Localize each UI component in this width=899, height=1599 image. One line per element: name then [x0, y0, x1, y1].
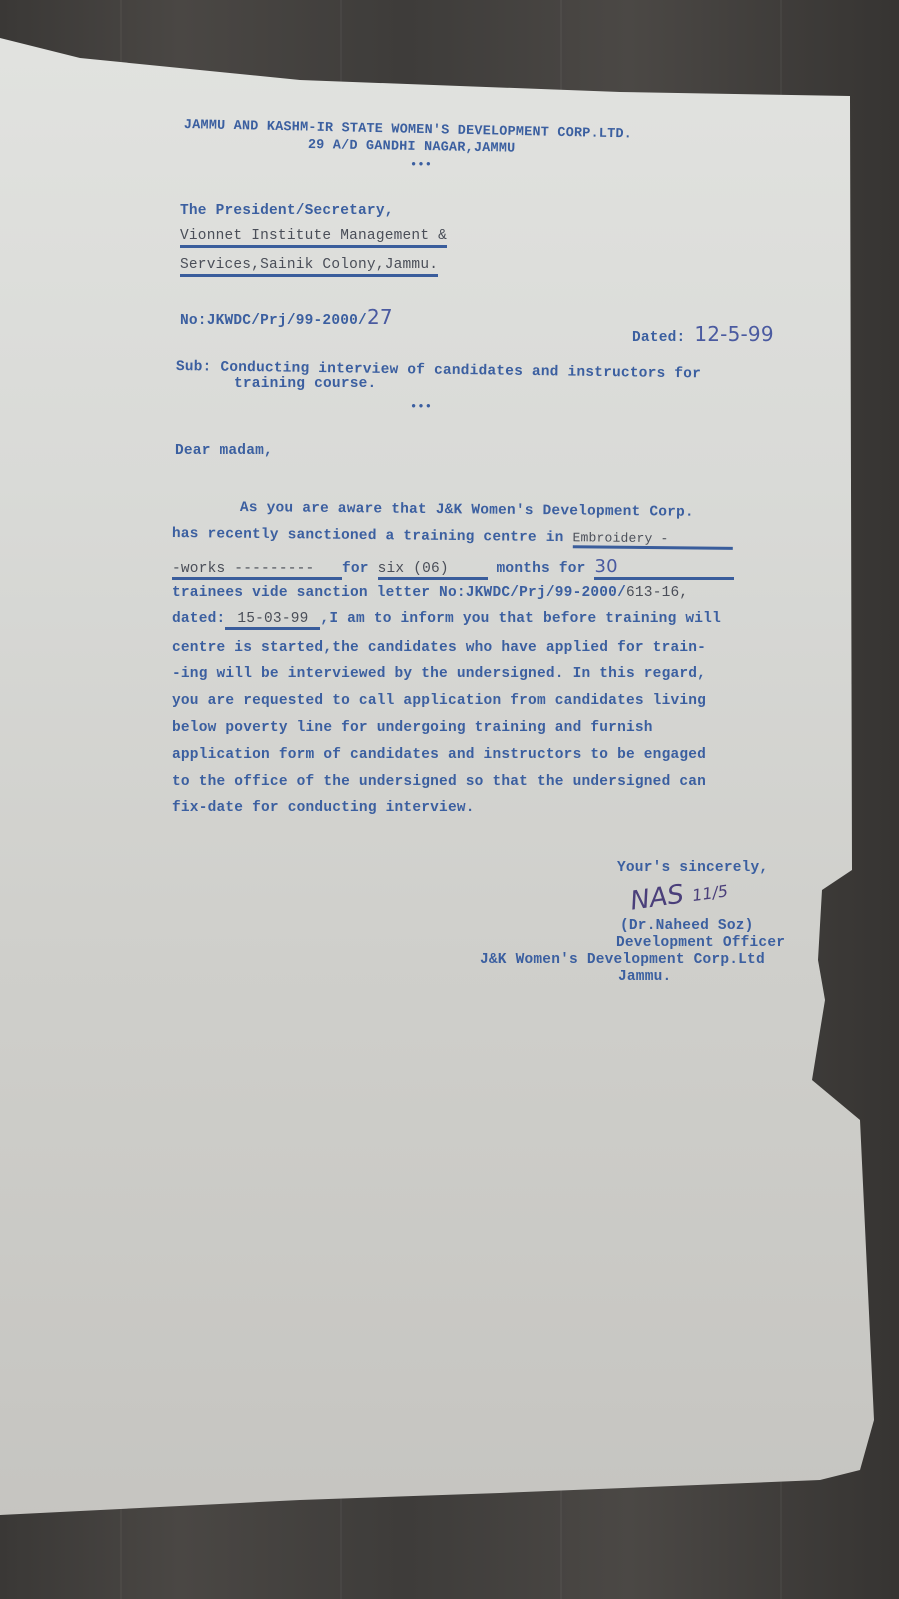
reference-number: No:JKWDC/Prj/99-2000/27	[180, 305, 393, 329]
subject-label: Sub:	[176, 359, 212, 375]
body-line-5: dated:15-03-99,I am to inform you that b…	[172, 611, 721, 630]
body-line-7: -ing will be interviewed by the undersig…	[172, 666, 706, 682]
dated-handwritten: 12-5-99	[694, 322, 773, 346]
body-line-3: -works ---------for six (06) months for …	[172, 556, 734, 580]
body-line-12: fix-date for conducting interview.	[172, 800, 475, 816]
body-text: for	[342, 561, 369, 577]
field-duration: six (06)	[378, 561, 488, 580]
dated: Dated: 12-5-99	[632, 322, 774, 346]
letterhead-separator: •••	[410, 158, 432, 172]
body-text: trainees vide sanction letter No:JKWDC/P…	[172, 585, 626, 601]
recipient-title: The President/Secretary,	[180, 203, 394, 219]
body-line-6: centre is started,the candidates who hav…	[172, 640, 706, 656]
body-text: has recently sanctioned a training centr…	[172, 526, 564, 546]
signature-date: 11/5	[691, 881, 729, 905]
dated-label: Dated:	[632, 330, 685, 346]
field-letter-number: 613-16,	[626, 585, 688, 601]
body-line-11: to the office of the undersigned so that…	[172, 774, 706, 790]
signatory-org: J&K Women's Development Corp.Ltd	[480, 952, 765, 968]
field-course-cont: -works ---------	[172, 561, 342, 580]
subject-line-2: training course.	[234, 376, 376, 392]
body-line-8: you are requested to call application fr…	[172, 693, 706, 709]
body-text: months for	[497, 561, 586, 577]
field-sanction-date: 15-03-99	[225, 611, 320, 630]
signatory-title: Development Officer	[616, 935, 785, 951]
reference-handwritten-number: 27	[367, 305, 393, 329]
subject-separator: •••	[410, 400, 432, 414]
body-line-9: below poverty line for undergoing traini…	[172, 720, 653, 736]
body-line-10: application form of candidates and instr…	[172, 747, 706, 763]
body-text: ,I am to inform you that before training…	[320, 611, 721, 627]
signatory-name: (Dr.Naheed Soz)	[620, 918, 754, 934]
recipient-address: Services,Sainik Colony,Jammu.	[180, 257, 438, 277]
field-trainee-count: 30	[594, 556, 734, 580]
salutation: Dear madam,	[175, 443, 273, 459]
reference-prefix: No:JKWDC/Prj/99-2000/	[180, 313, 367, 329]
field-course-name: Embroidery -	[572, 530, 732, 550]
signatory-city: Jammu.	[618, 969, 671, 985]
body-text: dated:	[172, 611, 225, 627]
body-line-4: trainees vide sanction letter No:JKWDC/P…	[172, 585, 688, 601]
recipient-institute: Vionnet Institute Management &	[180, 228, 447, 248]
valediction: Your's sincerely,	[617, 860, 768, 876]
